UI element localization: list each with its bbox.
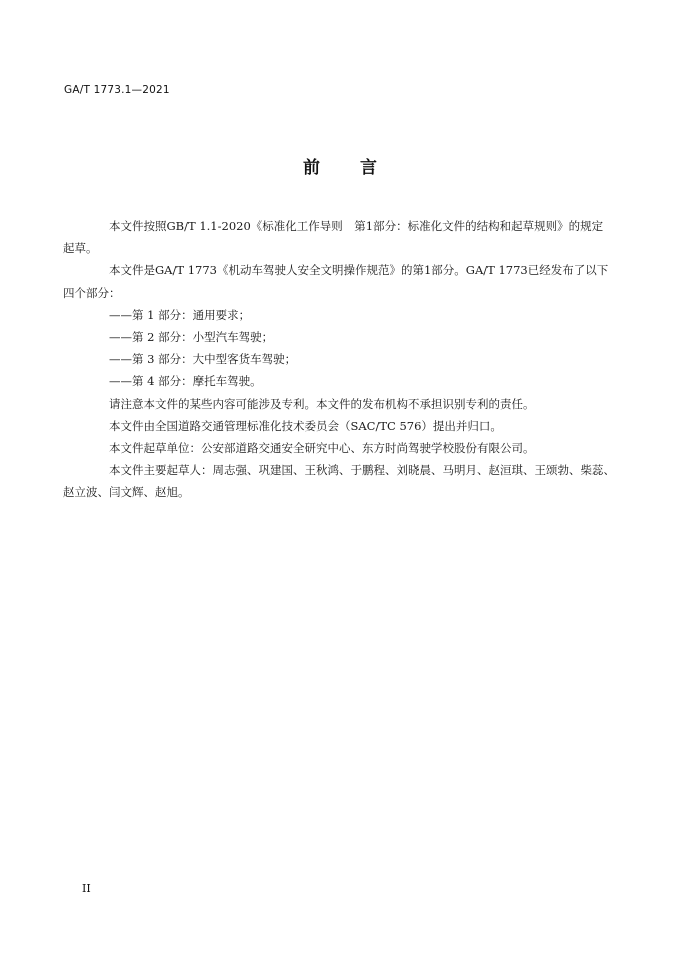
- page-number: II: [82, 882, 91, 895]
- paragraph-drafters: 本文件主要起草人：周志强、巩建国、王秋鸿、于鹏程、刘晓晨、马明月、赵洹琪、王颂勃…: [86, 459, 616, 503]
- standard-code: GA/T 1773.1—2021: [64, 84, 170, 96]
- list-item-part-1: ——第 1 部分：通用要求；: [86, 304, 616, 326]
- title-char-2: 言: [360, 153, 377, 178]
- paragraph-line: 本文件主要起草人：周志强、巩建国、王秋鸿、于鹏程、刘晓晨、马明月、赵洹琪、王颂勃…: [109, 463, 615, 477]
- title-char-1: 前: [303, 153, 320, 178]
- paragraph-line: 起草。: [63, 237, 616, 259]
- paragraph-patent-notice: 请注意本文件的某些内容可能涉及专利。本文件的发布机构不承担识别专利的责任。: [86, 393, 616, 415]
- paragraph-line: 四个部分：: [63, 282, 616, 304]
- paragraph-line: 本文件是GA/T 1773《机动车驾驶人安全文明操作规范》的第1部分。GA/T …: [109, 263, 608, 277]
- paragraph-drafting-units: 本文件起草单位：公安部道路交通安全研究中心、东方时尚驾驶学校股份有限公司。: [86, 437, 616, 459]
- list-item-part-4: ——第 4 部分：摩托车驾驶。: [86, 370, 616, 392]
- list-item-part-2: ——第 2 部分：小型汽车驾驶；: [86, 326, 616, 348]
- list-item-part-3: ——第 3 部分：大中型客货车驾驶；: [86, 348, 616, 370]
- paragraph-line: 本文件按照GB/T 1.1-2020《标准化工作导则 第1部分：标准化文件的结构…: [109, 219, 603, 233]
- paragraph-drafting-basis: 本文件按照GB/T 1.1-2020《标准化工作导则 第1部分：标准化文件的结构…: [86, 215, 616, 259]
- paragraph-series-info: 本文件是GA/T 1773《机动车驾驶人安全文明操作规范》的第1部分。GA/T …: [86, 259, 616, 303]
- foreword-body: 本文件按照GB/T 1.1-2020《标准化工作导则 第1部分：标准化文件的结构…: [86, 215, 616, 504]
- paragraph-proposer: 本文件由全国道路交通管理标准化技术委员会（SAC/TC 576）提出并归口。: [86, 415, 616, 437]
- paragraph-line: 赵立波、闫文辉、赵旭。: [63, 481, 616, 503]
- page-title: 前言: [0, 153, 680, 178]
